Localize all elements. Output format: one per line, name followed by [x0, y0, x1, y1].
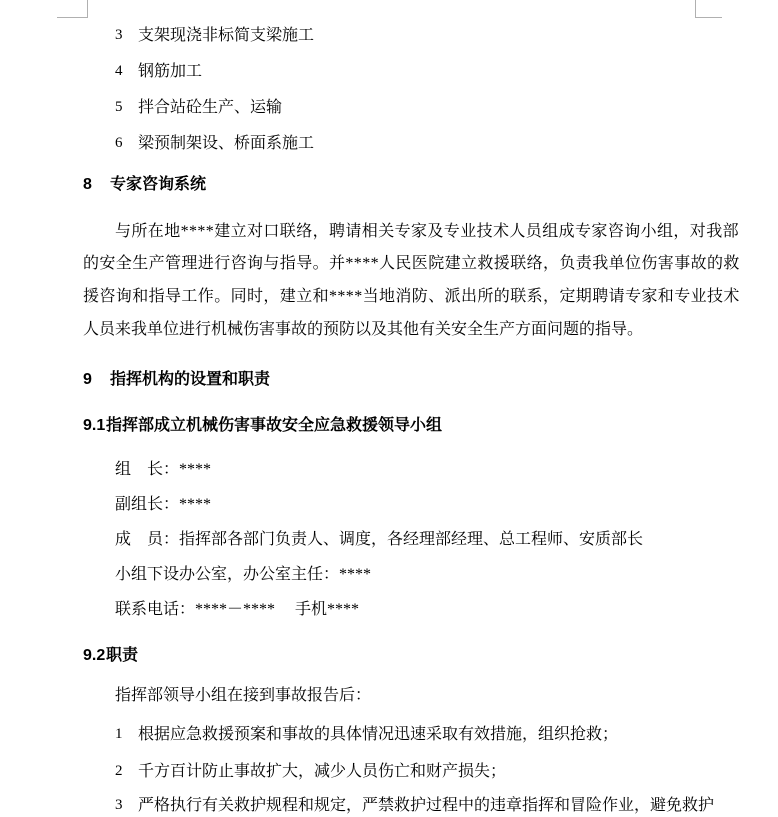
- paragraph-line: 的安全生产管理进行咨询与指导。并****人民医院建立救援联络，负责我单位伤害事故…: [83, 254, 740, 273]
- duty-item-number: 3: [115, 796, 138, 815]
- section-9-2-title: 职责: [106, 646, 138, 665]
- crop-mark-top-left-horizontal: [57, 17, 88, 18]
- section-9-number: 9: [83, 370, 110, 389]
- list-item-text: 钢筋加工: [138, 62, 202, 81]
- list-item-text: 拌合站砼生产、运输: [138, 98, 282, 117]
- list-item-number: 4: [115, 62, 138, 81]
- section-9-2-heading: 9.2 职责: [83, 646, 138, 665]
- section-8-heading: 8 专家咨询系统: [83, 175, 206, 194]
- duty-item: 1 根据应急救援预案和事故的具体情况迅速采取有效措施，组织抢救；: [115, 725, 618, 744]
- crop-mark-top-right-horizontal: [695, 17, 722, 18]
- section-9-heading: 9 指挥机构的设置和职责: [83, 370, 270, 389]
- staff-line-leader: 组 长：****: [115, 460, 211, 479]
- duty-item-text: 根据应急救援预案和事故的具体情况迅速采取有效措施，组织抢救；: [138, 725, 618, 744]
- duty-item: 2 千方百计防止事故扩大，减少人员伤亡和财产损失；: [115, 762, 506, 781]
- crop-mark-top-left-vertical: [87, 0, 88, 18]
- list-item-number: 5: [115, 98, 138, 117]
- section-8-number: 8: [83, 175, 110, 194]
- list-item-text: 支架现浇非标简支梁施工: [138, 26, 314, 45]
- duty-item-number: 1: [115, 725, 138, 744]
- section-9-title: 指挥机构的设置和职责: [110, 370, 270, 389]
- paragraph-line: 与所在地****建立对口联络，聘请相关专家及专业技术人员组成专家咨询小组，对我部: [115, 222, 739, 241]
- list-item: 3 支架现浇非标简支梁施工: [115, 26, 314, 45]
- section-8-title: 专家咨询系统: [110, 175, 206, 194]
- section-9-1-title: 指挥部成立机械伤害事故安全应急救援领导小组: [106, 416, 442, 435]
- duty-item-text: 严格执行有关救护规程和规定，严禁救护过程中的违章指挥和冒险作业，避免救护: [138, 796, 714, 815]
- section-9-1-heading: 9.1 指挥部成立机械伤害事故安全应急救援领导小组: [83, 416, 442, 435]
- list-item-text: 梁预制架设、桥面系施工: [138, 134, 314, 153]
- staff-line-phone: 联系电话：****－**** 手机****: [115, 600, 359, 619]
- duty-item-text: 千方百计防止事故扩大，减少人员伤亡和财产损失；: [138, 762, 506, 781]
- document-page: 3 支架现浇非标简支梁施工 4 钢筋加工 5 拌合站砼生产、运输 6 梁预制架设…: [0, 0, 778, 817]
- staff-line-office: 小组下设办公室，办公室主任：****: [115, 565, 371, 584]
- staff-line-deputy: 副组长：****: [115, 495, 211, 514]
- section-9-1-number: 9.1: [83, 416, 106, 435]
- list-item: 6 梁预制架设、桥面系施工: [115, 134, 314, 153]
- list-item: 5 拌合站砼生产、运输: [115, 98, 282, 117]
- list-item-number: 3: [115, 26, 138, 45]
- paragraph-line: 人员来我单位进行机械伤害事故的预防以及其他有关安全生产方面问题的指导。: [83, 320, 643, 339]
- section-9-2-number: 9.2: [83, 646, 106, 665]
- paragraph-line: 援咨询和指导工作。同时，建立和****当地消防、派出所的联系，定期聘请专家和专业…: [83, 287, 740, 306]
- list-item-number: 6: [115, 134, 138, 153]
- crop-mark-top-right-vertical: [695, 0, 696, 18]
- list-item: 4 钢筋加工: [115, 62, 202, 81]
- staff-line-members: 成 员：指挥部各部门负责人、调度，各经理部经理、总工程师、安质部长: [115, 530, 643, 549]
- duties-intro-line: 指挥部领导小组在接到事故报告后：: [115, 686, 371, 705]
- duty-item: 3 严格执行有关救护规程和规定，严禁救护过程中的违章指挥和冒险作业，避免救护: [115, 796, 714, 815]
- duty-item-number: 2: [115, 762, 138, 781]
